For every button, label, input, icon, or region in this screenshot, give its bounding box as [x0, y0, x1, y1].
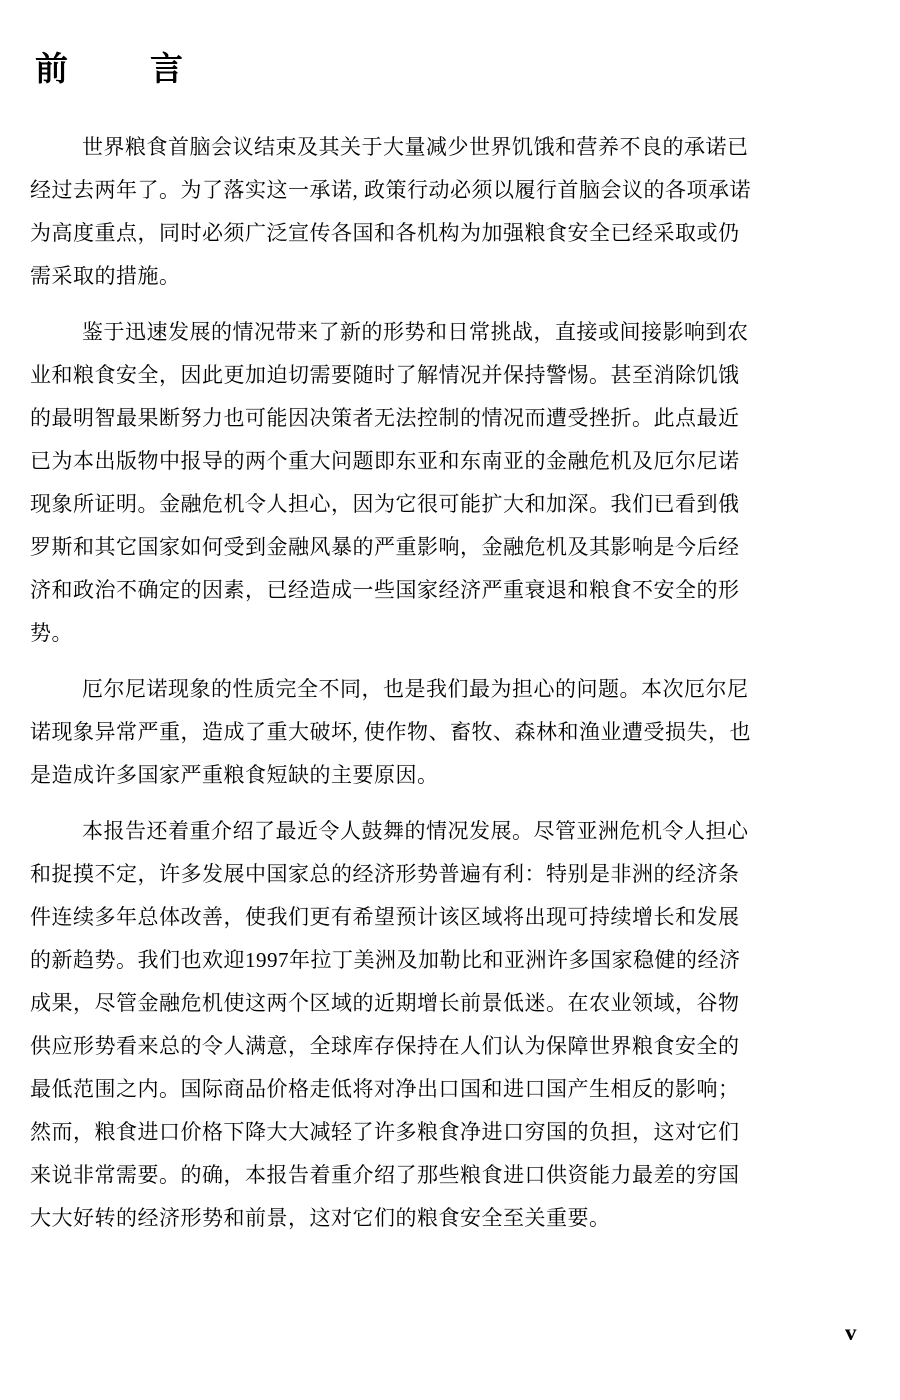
paragraph: 鉴于迅速发展的情况带来了新的形势和日常挑战，直接或间接影响到农业和粮食安全，因此…	[30, 311, 760, 655]
paragraph-line: 供应形势看来总的令人满意，全球库存保持在人们认为保障世界粮食安全的	[30, 1025, 760, 1068]
paragraph-line: 的新趋势。我们也欢迎1997年拉丁美洲及加勒比和亚洲许多国家稳健的经济	[30, 939, 760, 982]
paragraph-line: 已为本出版物中报导的两个重大问题即东亚和东南亚的金融危机及厄尔尼诺	[30, 440, 760, 483]
paragraph-line: 势。	[30, 612, 760, 655]
paragraph-line: 的最明智最果断努力也可能因决策者无法控制的情况而遭受挫折。此点最近	[30, 397, 760, 440]
paragraph-line: 鉴于迅速发展的情况带来了新的形势和日常挑战，直接或间接影响到农	[30, 311, 760, 354]
document-page: 前言 世界粮食首脑会议结束及其关于大量减少世界饥饿和营养不良的承诺已经过去两年了…	[0, 0, 900, 1400]
page-number: v	[845, 1320, 857, 1346]
page-title: 前言	[35, 52, 183, 85]
page-title-char-1: 前	[35, 50, 68, 87]
paragraph-line: 需采取的措施。	[30, 255, 760, 298]
paragraph-line: 最低范围之内。国际商品价格走低将对净出口国和进口国产生相反的影响；	[30, 1068, 760, 1111]
paragraph-line: 大大好转的经济形势和前景，这对它们的粮食安全至关重要。	[30, 1197, 760, 1240]
preface-body: 世界粮食首脑会议结束及其关于大量减少世界饥饿和营养不良的承诺已经过去两年了。为了…	[30, 126, 760, 1253]
paragraph-line: 济和政治不确定的因素，已经造成一些国家经济严重衰退和粮食不安全的形	[30, 569, 760, 612]
paragraph-line: 厄尔尼诺现象的性质完全不同，也是我们最为担心的问题。本次厄尔尼	[30, 668, 760, 711]
paragraph-line: 来说非常需要。的确，本报告着重介绍了那些粮食进口供资能力最差的穷国	[30, 1154, 760, 1197]
paragraph-line: 本报告还着重介绍了最近令人鼓舞的情况发展。尽管亚洲危机令人担心	[30, 810, 760, 853]
paragraph-line: 现象所证明。金融危机令人担心，因为它很可能扩大和加深。我们已看到俄	[30, 483, 760, 526]
paragraph-line: 诺现象异常严重，造成了重大破坏, 使作物、畜牧、森林和渔业遭受损失，也	[30, 711, 760, 754]
paragraph-line: 为高度重点，同时必须广泛宣传各国和各机构为加强粮食安全已经采取或仍	[30, 212, 760, 255]
paragraph-line: 业和粮食安全，因此更加迫切需要随时了解情况并保持警惕。甚至消除饥饿	[30, 354, 760, 397]
paragraph-line: 世界粮食首脑会议结束及其关于大量减少世界饥饿和营养不良的承诺已	[30, 126, 760, 169]
page-title-char-2: 言	[150, 50, 183, 87]
paragraph-line: 然而，粮食进口价格下降大大减轻了许多粮食净进口穷国的负担，这对它们	[30, 1111, 760, 1154]
paragraph: 世界粮食首脑会议结束及其关于大量减少世界饥饿和营养不良的承诺已经过去两年了。为了…	[30, 126, 760, 298]
paragraph-line: 成果，尽管金融危机使这两个区域的近期增长前景低迷。在农业领域，谷物	[30, 982, 760, 1025]
paragraph-line: 经过去两年了。为了落实这一承诺, 政策行动必须以履行首脑会议的各项承诺	[30, 169, 760, 212]
paragraph-line: 罗斯和其它国家如何受到金融风暴的严重影响，金融危机及其影响是今后经	[30, 526, 760, 569]
paragraph: 厄尔尼诺现象的性质完全不同，也是我们最为担心的问题。本次厄尔尼诺现象异常严重，造…	[30, 668, 760, 797]
paragraph-line: 是造成许多国家严重粮食短缺的主要原因。	[30, 754, 760, 797]
paragraph-line: 件连续多年总体改善，使我们更有希望预计该区域将出现可持续增长和发展	[30, 896, 760, 939]
paragraph-line: 和捉摸不定，许多发展中国家总的经济形势普遍有利：特别是非洲的经济条	[30, 853, 760, 896]
paragraph: 本报告还着重介绍了最近令人鼓舞的情况发展。尽管亚洲危机令人担心和捉摸不定，许多发…	[30, 810, 760, 1240]
